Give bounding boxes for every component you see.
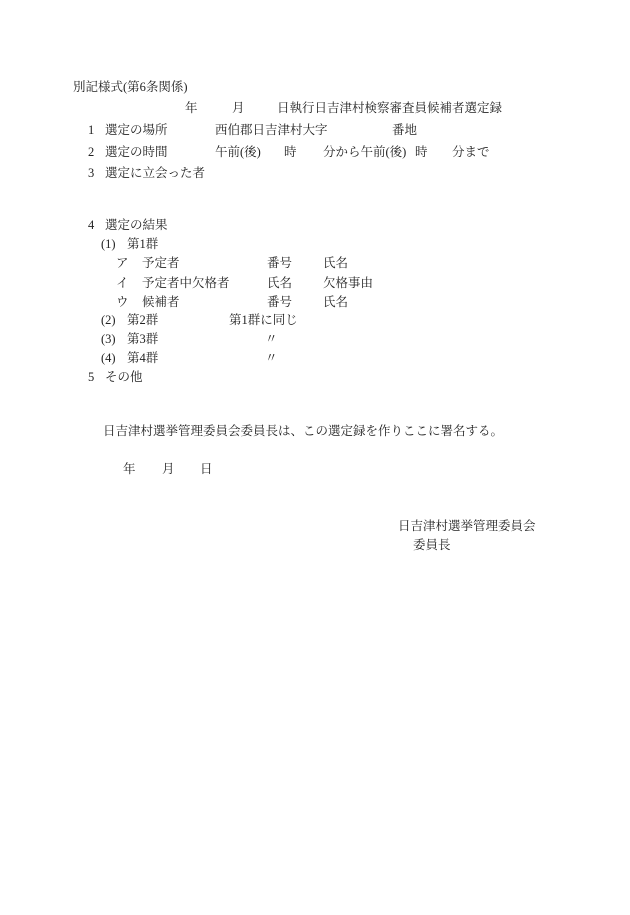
row-c-col2-label: 氏名 [323,294,348,310]
date-day-label: 日 [200,461,213,477]
row-b-col2-label: 欠格事由 [323,275,373,291]
row-c-candidate-line: ウ 候補者 番号 氏名 [0,294,630,310]
group-3-number: (3) [101,331,116,347]
item-1-place-line: 1 選定の場所 西伯郡日吉津村大字 番地 [0,122,630,138]
row-c-label: 候補者 [142,294,180,310]
item-1-number: 1 [88,122,94,138]
item-2-hour-start: 時 [284,144,297,160]
row-b-kana: イ [116,275,129,291]
item-2-ampm-start: 午前(後) [215,144,261,160]
title-year-label: 年 [185,100,198,116]
row-b-label: 予定者中欠格者 [142,275,230,291]
committee-name-line: 日吉津村選挙管理委員会 [0,518,630,534]
item-2-minute-end: 分まで [452,144,490,160]
row-a-col1-label: 番号 [267,255,292,271]
form-note: 別記様式(第6条関係) [73,79,188,95]
item-3-label: 選定に立会った者 [105,165,205,181]
title-main: 日執行日吉津村検察審査員候補者選定録 [277,100,502,116]
document-page: 別記様式(第6条関係) 年 月 日執行日吉津村検察審査員候補者選定録 1 選定の… [0,0,630,915]
group-3-label: 第3群 [127,331,158,347]
group-2-number: (2) [101,312,116,328]
item-4-results-line: 4 選定の結果 [0,217,630,233]
item-1-banchi-label: 番地 [392,122,417,138]
form-note-line: 別記様式(第6条関係) [0,79,630,95]
signature-date-line: 年 月 日 [0,461,630,477]
committee-chairman-label: 委員長 [413,537,451,553]
date-year-label: 年 [123,461,136,477]
committee-chairman-line: 委員長 [0,537,630,553]
item-3-number: 3 [88,165,94,181]
item-1-address: 西伯郡日吉津村大字 [215,122,328,138]
item-5-other-line: 5 その他 [0,369,630,385]
group-2-value: 第1群に同じ [229,312,298,328]
row-c-col1-label: 番号 [267,294,292,310]
group-1-line: (1) 第1群 [0,236,630,252]
signature-statement-line: 日吉津村選挙管理委員会委員長は、この選定録を作りここに署名する。 [0,423,630,439]
group-4-label: 第4群 [127,350,158,366]
item-4-label: 選定の結果 [105,217,168,233]
form-title-line: 年 月 日執行日吉津村検察審査員候補者選定録 [0,100,630,116]
item-3-witness-line: 3 選定に立会った者 [0,165,630,181]
group-4-number: (4) [101,350,116,366]
row-b-disqualified-line: イ 予定者中欠格者 氏名 欠格事由 [0,275,630,291]
group-2-line: (2) 第2群 第1群に同じ [0,312,630,328]
item-1-label: 選定の場所 [105,122,168,138]
row-b-col1-label: 氏名 [267,275,292,291]
committee-name: 日吉津村選挙管理委員会 [398,518,536,534]
item-2-minute-to-ampm: 分から午前(後) [323,144,406,160]
item-5-number: 5 [88,369,94,385]
group-4-ditto-mark: 〃 [265,350,278,366]
date-month-label: 月 [162,461,175,477]
row-a-label: 予定者 [142,255,180,271]
item-2-number: 2 [88,144,94,160]
group-1-number: (1) [101,236,116,252]
row-a-kana: ア [116,255,129,271]
group-2-label: 第2群 [127,312,158,328]
row-a-planned-line: ア 予定者 番号 氏名 [0,255,630,271]
group-3-ditto-mark: 〃 [265,331,278,347]
item-5-label: その他 [105,369,143,385]
row-a-col2-label: 氏名 [323,255,348,271]
row-c-kana: ウ [116,294,129,310]
signature-statement: 日吉津村選挙管理委員会委員長は、この選定録を作りここに署名する。 [103,423,503,439]
group-4-line: (4) 第4群 〃 [0,350,630,366]
item-2-label: 選定の時間 [105,144,168,160]
group-3-line: (3) 第3群 〃 [0,331,630,347]
group-1-label: 第1群 [127,236,158,252]
item-2-time-line: 2 選定の時間 午前(後) 時 分から午前(後) 時 分まで [0,144,630,160]
title-month-label: 月 [232,100,245,116]
item-4-number: 4 [88,217,94,233]
item-2-hour-end: 時 [415,144,428,160]
